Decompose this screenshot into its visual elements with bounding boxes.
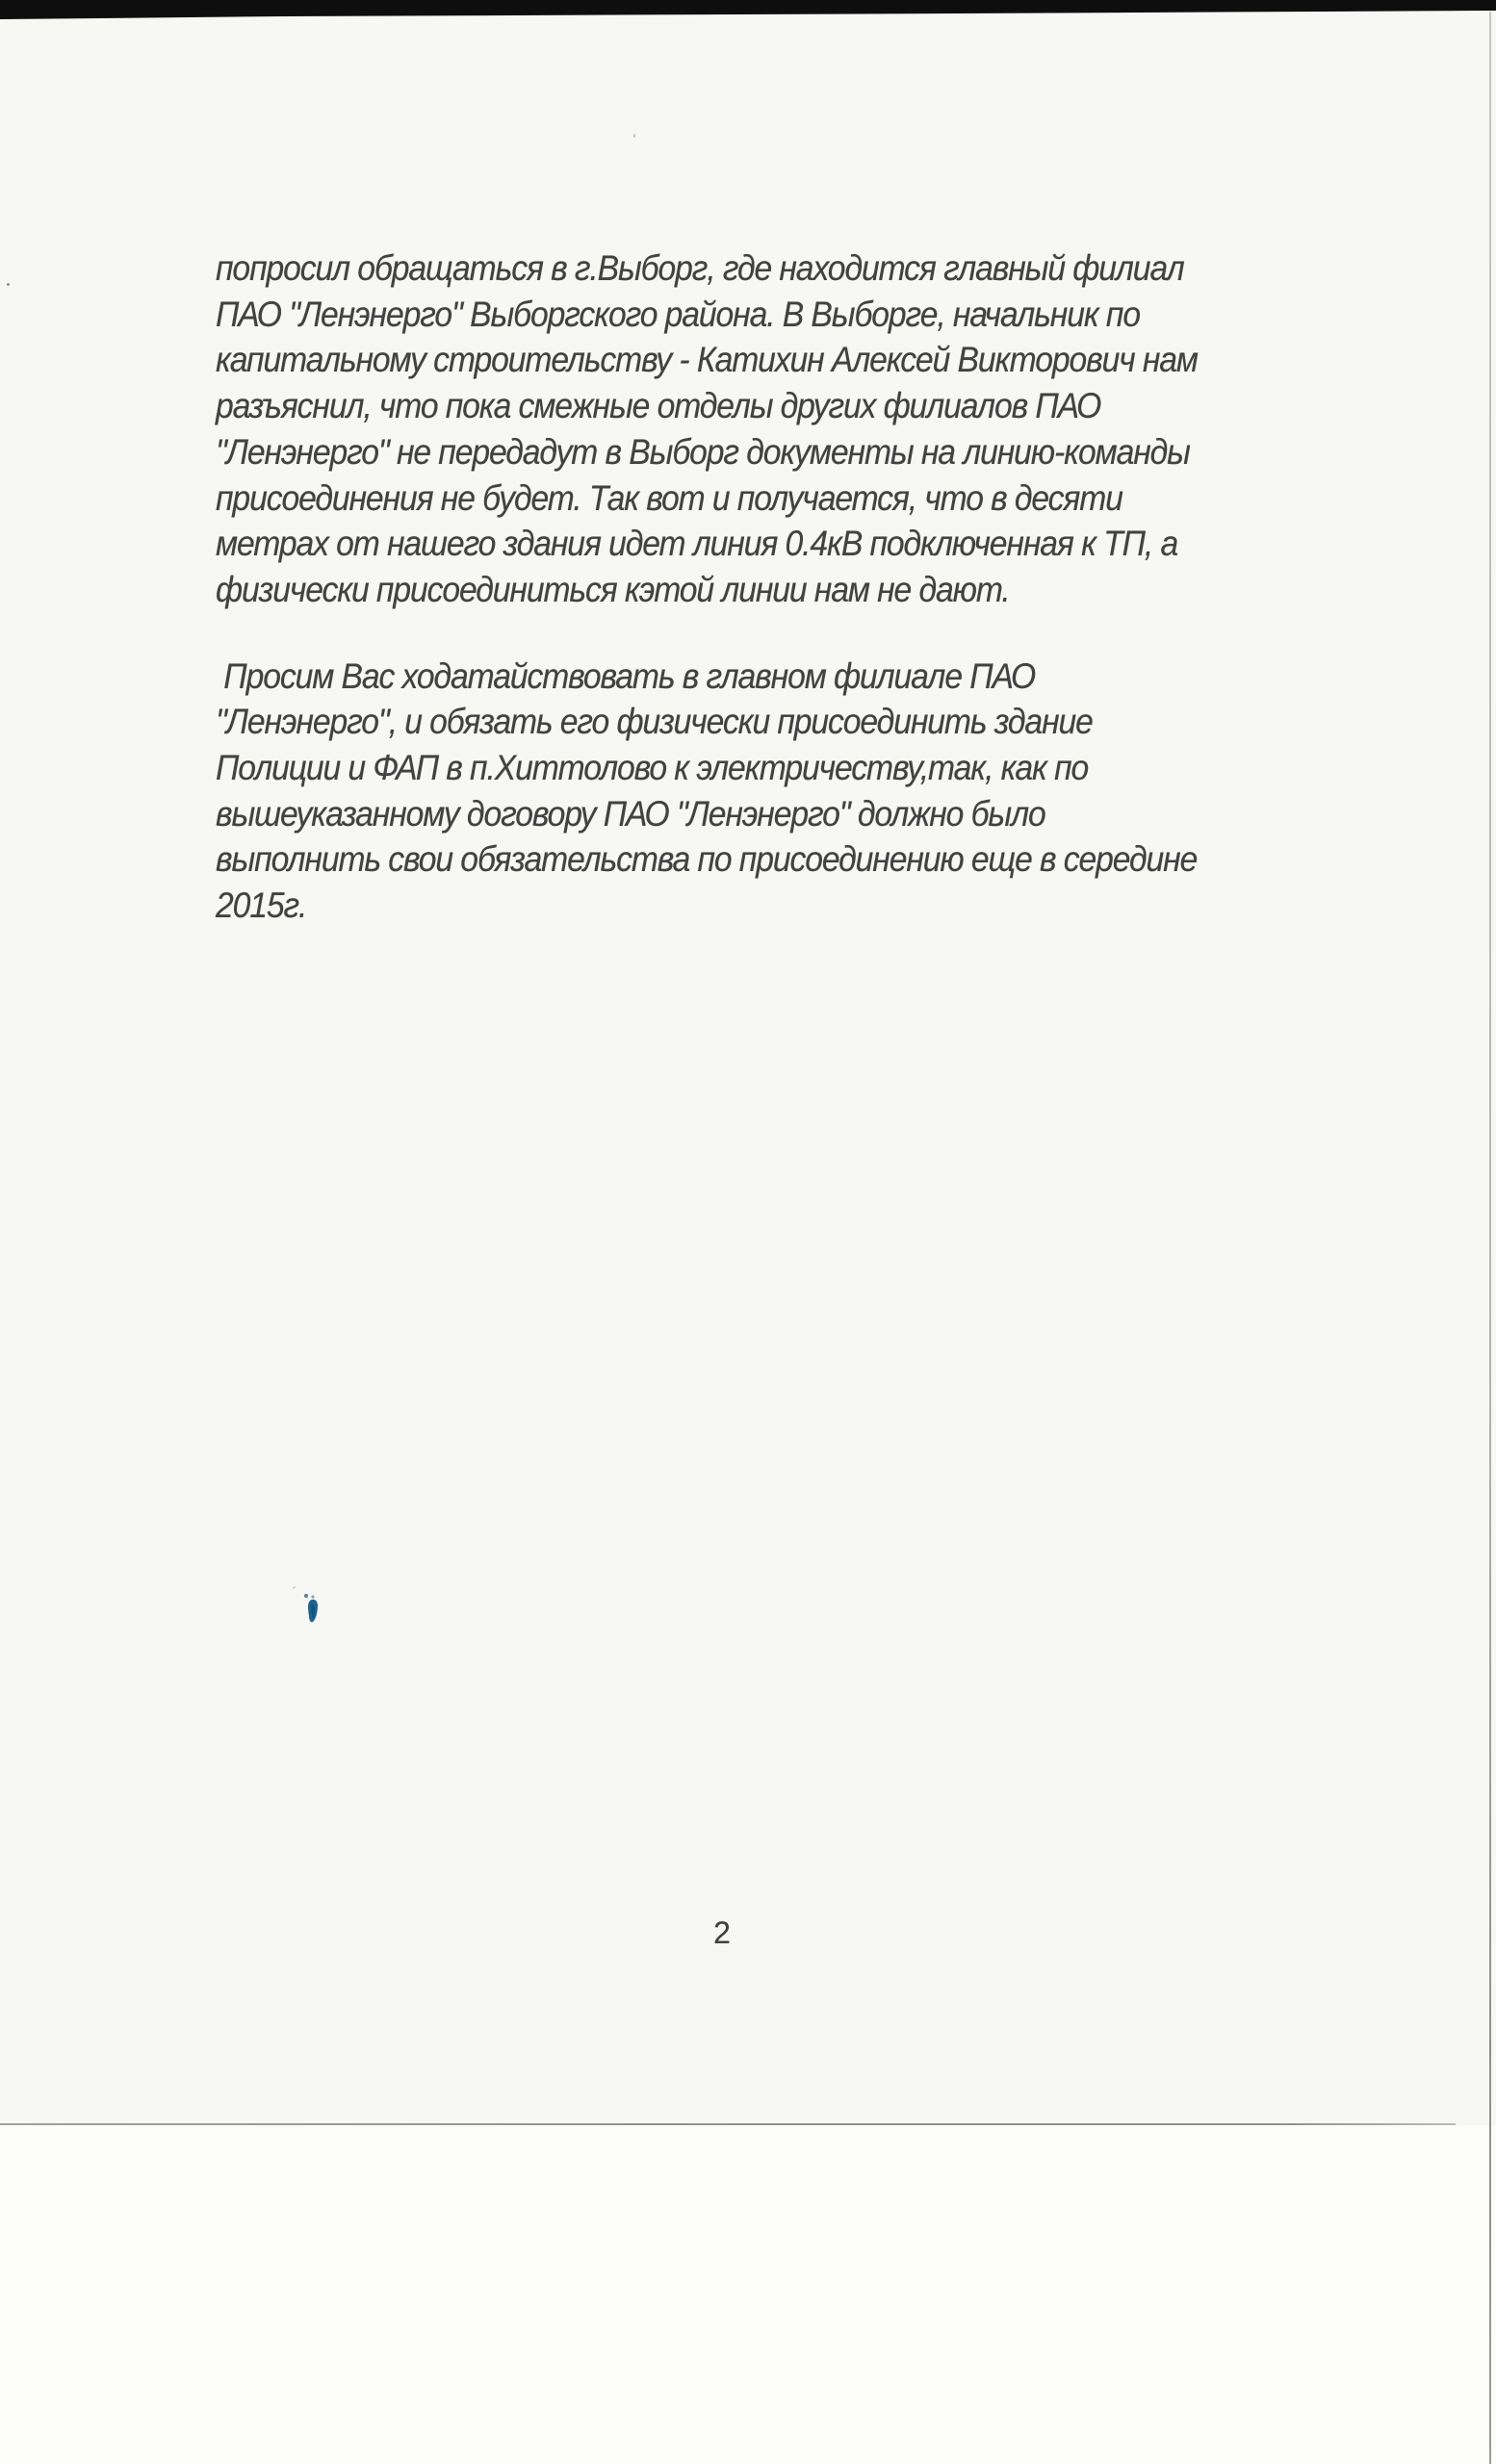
- page-number: 2: [674, 1915, 770, 1951]
- scan-dust-speck: [633, 134, 635, 138]
- paragraph-1: попросил обращаться в г.Выборг, где нахо…: [216, 245, 1372, 613]
- scanned-letter-page: попросил обращаться в г.Выборг, где нахо…: [0, 0, 1496, 2464]
- ink-blot-mark: [287, 1581, 327, 1631]
- scan-right-edge-line: [1489, 12, 1491, 2464]
- letter-body: попросил обращаться в г.Выборг, где нахо…: [216, 245, 1372, 969]
- paragraph-2: Просим Вас ходатайствовать в главном фил…: [216, 654, 1372, 929]
- scan-area-below-page: [0, 2125, 1496, 2464]
- scan-dust-speck: [7, 283, 10, 286]
- scanner-edge-strip: [0, 0, 1496, 20]
